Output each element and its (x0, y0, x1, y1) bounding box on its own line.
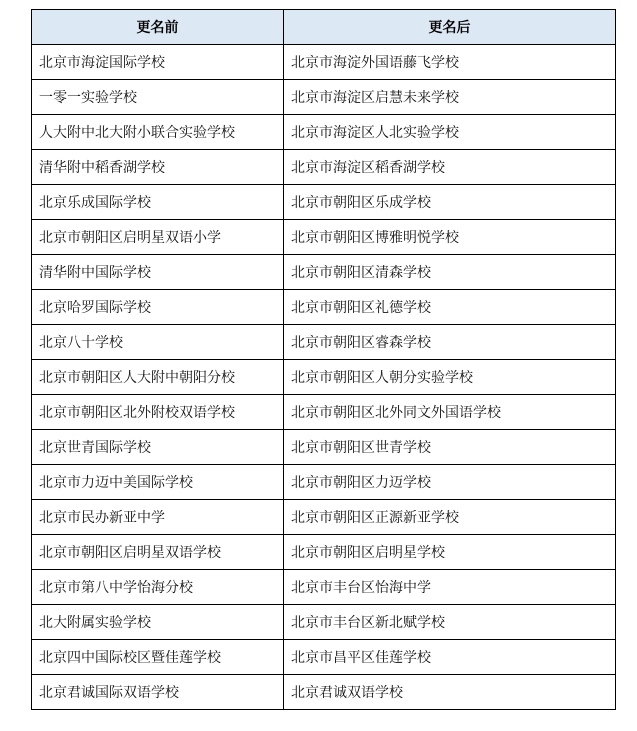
old-name-cell: 一零一实验学校 (32, 80, 284, 115)
new-name-cell: 北京市朝阳区启明星学校 (284, 535, 616, 570)
new-name-cell: 北京市朝阳区世青学校 (284, 430, 616, 465)
new-name-cell: 北京市朝阳区人朝分实验学校 (284, 360, 616, 395)
old-name-cell: 北京市朝阳区启明星双语小学 (32, 220, 284, 255)
old-name-cell: 北大附属实验学校 (32, 605, 284, 640)
table-row: 北京市朝阳区人大附中朝阳分校北京市朝阳区人朝分实验学校 (32, 360, 616, 395)
old-name-cell: 北京市朝阳区启明星双语学校 (32, 535, 284, 570)
table-row: 人大附中北大附小联合实验学校北京市海淀区人北实验学校 (32, 115, 616, 150)
new-name-cell: 北京市昌平区佳莲学校 (284, 640, 616, 675)
old-name-cell: 北京君诚国际双语学校 (32, 675, 284, 710)
old-name-cell: 清华附中稻香湖学校 (32, 150, 284, 185)
table-row: 北京市朝阳区北外附校双语学校北京市朝阳区北外同文外国语学校 (32, 395, 616, 430)
table-row: 北京市朝阳区启明星双语小学北京市朝阳区博雅明悦学校 (32, 220, 616, 255)
old-name-cell: 清华附中国际学校 (32, 255, 284, 290)
old-name-cell: 北京市民办新亚中学 (32, 500, 284, 535)
table-row: 北京乐成国际学校北京市朝阳区乐成学校 (32, 185, 616, 220)
old-name-cell: 北京市海淀国际学校 (32, 45, 284, 80)
old-name-cell: 人大附中北大附小联合实验学校 (32, 115, 284, 150)
table-row: 清华附中稻香湖学校北京市海淀区稻香湖学校 (32, 150, 616, 185)
table-row: 一零一实验学校北京市海淀区启慧未来学校 (32, 80, 616, 115)
header-before-rename: 更名前 (32, 10, 284, 45)
table-row: 北京君诚国际双语学校北京君诚双语学校 (32, 675, 616, 710)
new-name-cell: 北京市海淀区稻香湖学校 (284, 150, 616, 185)
table-row: 北京哈罗国际学校北京市朝阳区礼德学校 (32, 290, 616, 325)
old-name-cell: 北京市第八中学怡海分校 (32, 570, 284, 605)
new-name-cell: 北京市朝阳区睿森学校 (284, 325, 616, 360)
table-row: 北京八十学校北京市朝阳区睿森学校 (32, 325, 616, 360)
table-row: 北京四中国际校区暨佳莲学校北京市昌平区佳莲学校 (32, 640, 616, 675)
table-row: 北京市第八中学怡海分校北京市丰台区怡海中学 (32, 570, 616, 605)
old-name-cell: 北京市力迈中美国际学校 (32, 465, 284, 500)
table-row: 北京市力迈中美国际学校北京市朝阳区力迈学校 (32, 465, 616, 500)
new-name-cell: 北京市朝阳区清森学校 (284, 255, 616, 290)
new-name-cell: 北京市朝阳区乐成学校 (284, 185, 616, 220)
new-name-cell: 北京市海淀外国语藤飞学校 (284, 45, 616, 80)
table-row: 清华附中国际学校北京市朝阳区清森学校 (32, 255, 616, 290)
old-name-cell: 北京八十学校 (32, 325, 284, 360)
header-after-rename: 更名后 (284, 10, 616, 45)
table-row: 北大附属实验学校北京市丰台区新北赋学校 (32, 605, 616, 640)
table-row: 北京市朝阳区启明星双语学校北京市朝阳区启明星学校 (32, 535, 616, 570)
old-name-cell: 北京哈罗国际学校 (32, 290, 284, 325)
table-row: 北京市海淀国际学校北京市海淀外国语藤飞学校 (32, 45, 616, 80)
new-name-cell: 北京君诚双语学校 (284, 675, 616, 710)
table-row: 北京世青国际学校北京市朝阳区世青学校 (32, 430, 616, 465)
old-name-cell: 北京市朝阳区人大附中朝阳分校 (32, 360, 284, 395)
old-name-cell: 北京乐成国际学校 (32, 185, 284, 220)
new-name-cell: 北京市丰台区新北赋学校 (284, 605, 616, 640)
new-name-cell: 北京市海淀区人北实验学校 (284, 115, 616, 150)
old-name-cell: 北京世青国际学校 (32, 430, 284, 465)
school-rename-table: 更名前 更名后 北京市海淀国际学校北京市海淀外国语藤飞学校一零一实验学校北京市海… (31, 9, 616, 710)
new-name-cell: 北京市朝阳区正源新亚学校 (284, 500, 616, 535)
table-row: 北京市民办新亚中学北京市朝阳区正源新亚学校 (32, 500, 616, 535)
old-name-cell: 北京市朝阳区北外附校双语学校 (32, 395, 284, 430)
old-name-cell: 北京四中国际校区暨佳莲学校 (32, 640, 284, 675)
new-name-cell: 北京市朝阳区礼德学校 (284, 290, 616, 325)
new-name-cell: 北京市丰台区怡海中学 (284, 570, 616, 605)
new-name-cell: 北京市朝阳区北外同文外国语学校 (284, 395, 616, 430)
new-name-cell: 北京市朝阳区力迈学校 (284, 465, 616, 500)
header-row: 更名前 更名后 (32, 10, 616, 45)
new-name-cell: 北京市海淀区启慧未来学校 (284, 80, 616, 115)
new-name-cell: 北京市朝阳区博雅明悦学校 (284, 220, 616, 255)
